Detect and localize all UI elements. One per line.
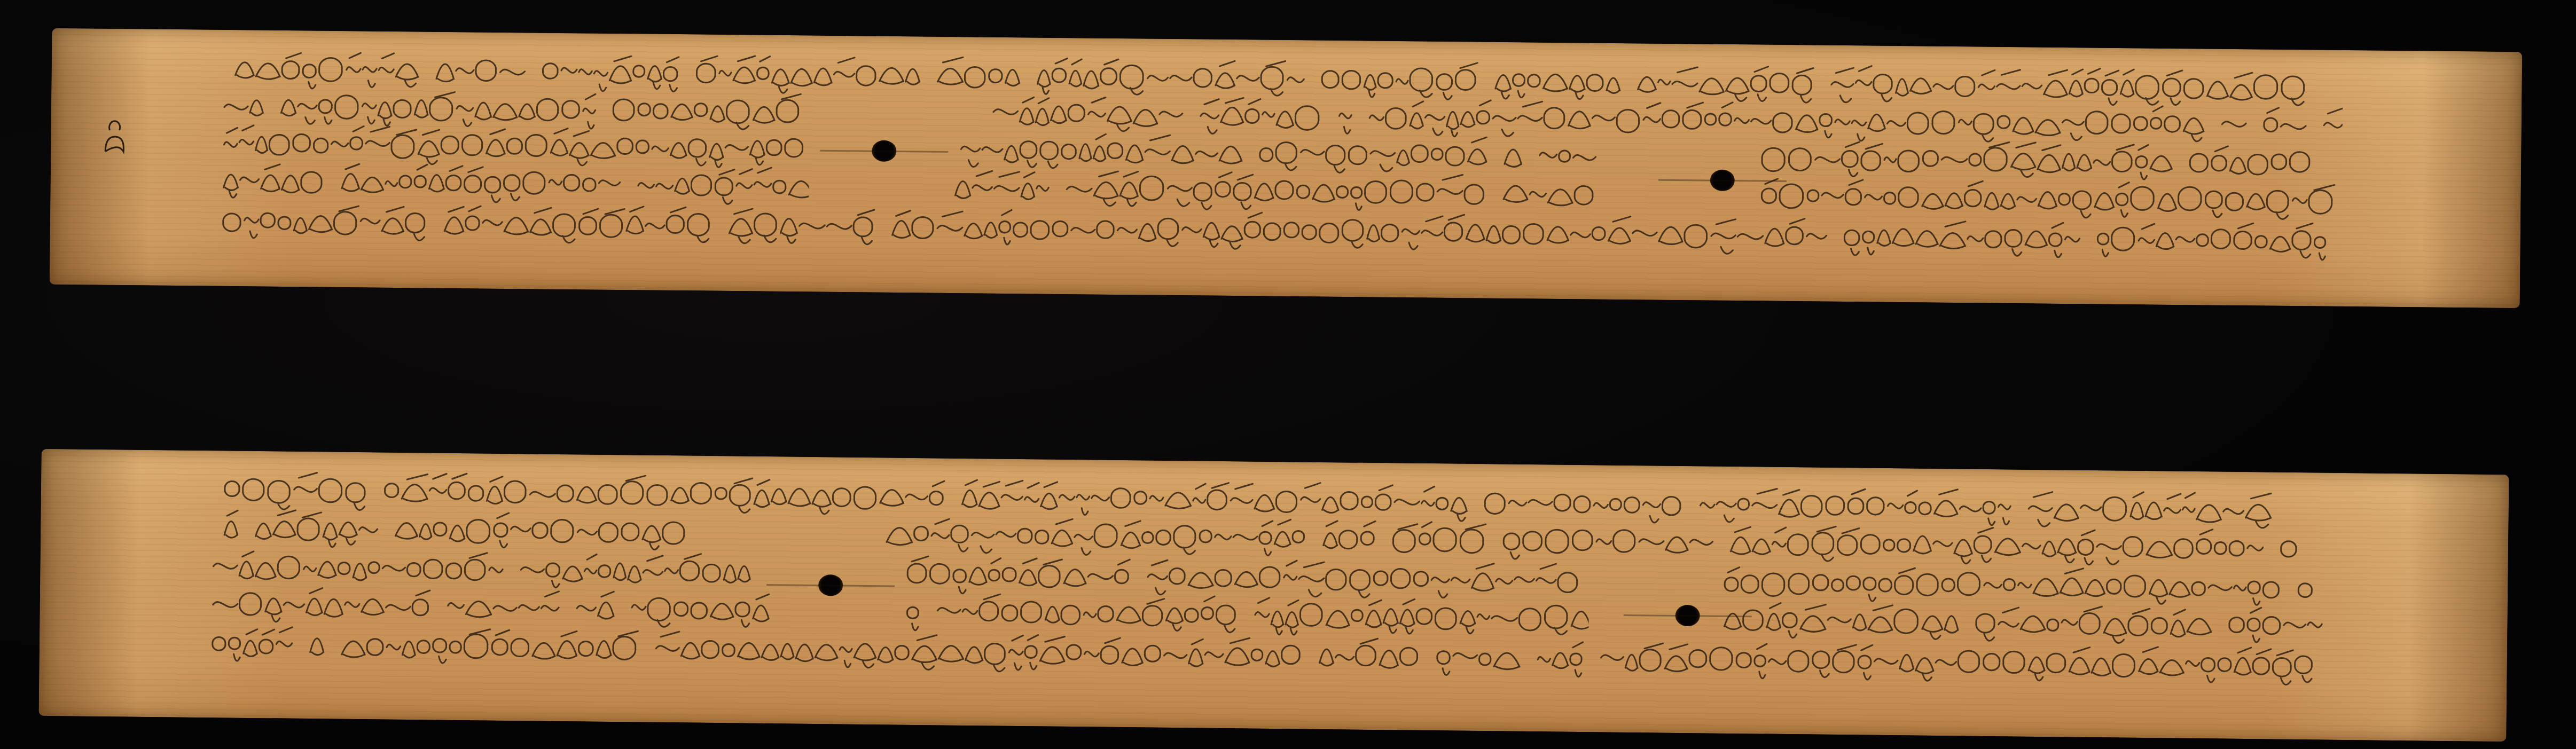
leaf-edge-shading <box>39 449 2509 742</box>
leaf-bottom <box>39 449 2509 742</box>
leaf-top <box>50 28 2522 308</box>
leaf-edge-shading <box>50 28 2522 308</box>
black-background <box>0 0 2576 749</box>
